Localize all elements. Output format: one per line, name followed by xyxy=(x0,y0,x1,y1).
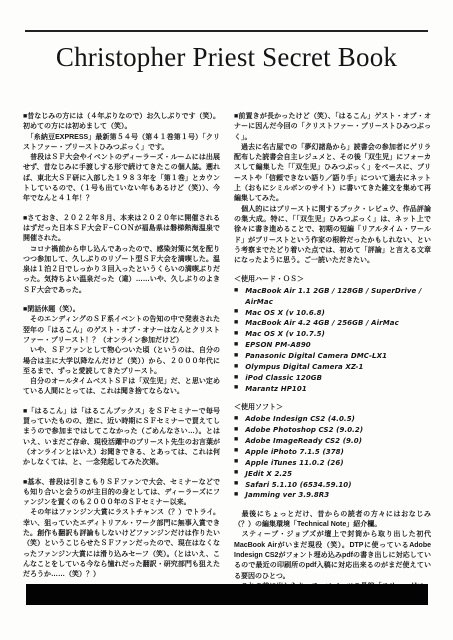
bullet-square-icon: ■ xyxy=(234,362,238,372)
hardware-section-title: ＜使用ハード・ＯＳ＞ xyxy=(234,275,431,285)
list-item: ■Jamming ver 3.9.8R3 xyxy=(234,490,431,501)
list-item-label: Marantz HP101 xyxy=(245,383,307,394)
paragraph: 最後にちょっとだけ、昔からの読者の方々にはおなじみ（？）の編集環境「Techni… xyxy=(234,510,431,531)
paragraph: 過去に名古屋での「夢幻諸島から」読書会の参加者にゲリラ配布した読書会自主レジュメ… xyxy=(234,143,431,205)
two-column-body: ■昔なじみの方には（４年ぶりなので）お久しぶりです（笑）。初めての方には初めまし… xyxy=(23,112,431,612)
bullet-square-icon: ■ xyxy=(234,340,238,350)
list-item: ■Safari 5.1.10 (6534.59.10) xyxy=(234,479,431,490)
list-item: ■Mac OS X (v 10.6.8) xyxy=(234,307,431,318)
list-item-label: Mac OS X (v 10.7.5) xyxy=(245,329,325,340)
bullet-square-icon: ■ xyxy=(234,307,238,317)
list-item-label: EPSON PM-A890 xyxy=(245,340,311,351)
paragraph: スティーブ・ジョブズが壇上で封筒から取り出した初代MacBook Airがいまだ… xyxy=(234,530,431,581)
paragraph: ■基本、普段は引きこもりＳＦファンで大会、セミナーなどでも知り合いと会うのが主目… xyxy=(23,478,220,509)
hardware-section: ＜使用ハード・ＯＳ＞■MacBook Air 1.1 2GB / 128GB /… xyxy=(234,275,431,394)
paragraph: 自分のオールタイムベストＳＦは「双生児」だ、と思い定めている人間にとっては、これ… xyxy=(23,377,220,398)
list-item: ■Mac OS X (v 10.7.5) xyxy=(234,329,431,340)
paragraph: ■閑話休題（笑）。 xyxy=(23,305,220,315)
list-item-label: Mac OS X (v 10.6.8) xyxy=(245,307,325,318)
bullet-square-icon: ■ xyxy=(234,318,238,328)
list-item-label: Adobe Indesign CS2 (4.0.5) xyxy=(245,414,355,425)
paragraph: コロナ禍前から申し込んであったので、感染対策に気を配りつつ参加して、久しぶりのリ… xyxy=(23,245,220,296)
left-column: ■昔なじみの方には（４年ぶりなので）お久しぶりです（笑）。初めての方には初めまし… xyxy=(23,112,220,612)
bullet-square-icon: ■ xyxy=(234,329,238,339)
list-item-label: Jamming ver 3.9.8R3 xyxy=(245,490,329,501)
bullet-square-icon: ■ xyxy=(234,457,238,467)
text-block: ■基本、普段は引きこもりＳＦファンで大会、セミナーなどでも知り合いと会うのが主目… xyxy=(23,478,220,581)
bullet-square-icon: ■ xyxy=(234,414,238,424)
text-block: ■昔なじみの方には（４年ぶりなので）お久しぶりです（笑）。初めての方には初めまし… xyxy=(23,112,220,205)
text-block: ■さておき、２０２２年８月、本来は２０２０年に開催されるはずだった日本ＳＦ大会Ｆ… xyxy=(23,214,220,296)
list-item: ■Adobe ImageReady CS2 (9.0) xyxy=(234,435,431,446)
bullet-square-icon: ■ xyxy=(234,373,238,383)
list-item: ■Apple iTunes 11.0.2 (26) xyxy=(234,457,431,468)
list-item-label: Safari 5.1.10 (6534.59.10) xyxy=(245,479,351,490)
bullet-square-icon: ■ xyxy=(234,446,238,456)
bullet-square-icon: ■ xyxy=(234,490,238,500)
list-item: ■Apple iPhoto 7.1.5 (378) xyxy=(234,446,431,457)
text-block: ■閑話休題（笑）。 そのエンディングのＳＦ系イベントの告知の中で発表された翌年の… xyxy=(23,305,220,398)
bullet-square-icon: ■ xyxy=(234,351,238,361)
list-item-label: Adobe Photoshop CS2 (9.0.2) xyxy=(245,425,363,436)
bullet-square-icon: ■ xyxy=(234,435,238,445)
text-block: ■前置きが長かったけど（笑）、「はるこん」ゲスト・オブ・オナーに因んだ今回の「ク… xyxy=(234,112,431,266)
list-item: ■Adobe Photoshop CS2 (9.0.2) xyxy=(234,425,431,436)
list-item: ■EPSON PM-A890 xyxy=(234,340,431,351)
list-item-label: Apple iTunes 11.0.2 (26) xyxy=(245,457,343,468)
paragraph: そのエンディングのＳＦ系イベントの告知の中で発表された翌年の「はるこん」のゲスト… xyxy=(23,315,220,346)
paragraph: いや、ＳＦファンとして物心ついた頃（というのは、自分の場合は主に大学以降なんだけ… xyxy=(23,346,220,377)
list-item-label: Adobe ImageReady CS2 (9.0) xyxy=(245,435,362,446)
paragraph: 個人的にはプリーストに関するブック・レビュウ、作品評論の集大成。特に、「「双生児… xyxy=(234,205,431,267)
paragraph: ■昔なじみの方には（４年ぶりなので）お久しぶりです（笑）。初めての方には初めまし… xyxy=(23,112,220,133)
list-item: ■MacBook Air 4.2 4GB / 256GB / AirMac xyxy=(234,318,431,329)
paragraph: ■前置きが長かったけど（笑）、「はるこん」ゲスト・オブ・オナーに因んだ今回の「ク… xyxy=(234,112,431,143)
list-item: ■Adobe Indesign CS2 (4.0.5) xyxy=(234,414,431,425)
paragraph: その年はファンジン大賞にラストチャンス（？）でトライ。幸い、狙っていたエディトリ… xyxy=(23,508,220,580)
list-item: ■JEdit X 2.25 xyxy=(234,468,431,479)
paragraph: 普段はＳＦ大会やイベントのディーラーズ・ルームには出展せず、昔なじみに手渡しする… xyxy=(23,153,220,204)
hardware-list: ■MacBook Air 1.1 2GB / 128GB / SuperDriv… xyxy=(234,286,431,395)
software-section: ＜使用ソフト＞■Adobe Indesign CS2 (4.0.5)■Adobe… xyxy=(234,403,431,501)
list-item: ■Olympus Digital Camera XZ-1 xyxy=(234,362,431,373)
bullet-square-icon: ■ xyxy=(234,286,238,296)
text-block: ■「はるこん」は「はるこんブックス」をＳＦセミナーで毎号買っていたものの、逆に、… xyxy=(23,407,220,469)
document-page: Christopher Priest Secret Book ■昔なじみの方には… xyxy=(0,0,453,640)
list-item: ■MacBook Air 1.1 2GB / 128GB / SuperDriv… xyxy=(234,286,431,307)
paragraph: ■「はるこん」は「はるこんブックス」をＳＦセミナーで毎号買っていたものの、逆に、… xyxy=(23,407,220,469)
redaction-bar xyxy=(26,584,428,605)
paragraph: 「糸納豆EXPRESS」最新第５４号（第４１巻第１号）「クリストファー・プリース… xyxy=(23,133,220,154)
header-rule xyxy=(25,30,428,32)
page-title: Christopher Priest Secret Book xyxy=(0,42,453,73)
list-item: ■Marantz HP101 xyxy=(234,383,431,394)
bullet-square-icon: ■ xyxy=(234,479,238,489)
paragraph: ■さておき、２０２２年８月、本来は２０２０年に開催されるはずだった日本ＳＦ大会Ｆ… xyxy=(23,214,220,245)
list-item-label: JEdit X 2.25 xyxy=(245,468,292,479)
software-list: ■Adobe Indesign CS2 (4.0.5)■Adobe Photos… xyxy=(234,414,431,501)
list-item: ■iPod Classic 120GB xyxy=(234,373,431,384)
list-item-label: Apple iPhoto 7.1.5 (378) xyxy=(245,446,344,457)
software-section-title: ＜使用ソフト＞ xyxy=(234,403,431,413)
right-column: ■前置きが長かったけど（笑）、「はるこん」ゲスト・オブ・オナーに因んだ今回の「ク… xyxy=(234,112,431,612)
list-item-label: Olympus Digital Camera XZ-1 xyxy=(245,362,363,373)
bullet-square-icon: ■ xyxy=(234,468,238,478)
bullet-square-icon: ■ xyxy=(234,383,238,393)
list-item-label: iPod Classic 120GB xyxy=(245,373,322,384)
list-item: ■Panasonic Digital Camera DMC-LX1 xyxy=(234,351,431,362)
bullet-square-icon: ■ xyxy=(234,425,238,435)
list-item-label: MacBook Air 1.1 2GB / 128GB / SuperDrive… xyxy=(245,286,431,307)
list-item-label: Panasonic Digital Camera DMC-LX1 xyxy=(245,351,387,362)
list-item-label: MacBook Air 4.2 4GB / 256GB / AirMac xyxy=(245,318,399,329)
